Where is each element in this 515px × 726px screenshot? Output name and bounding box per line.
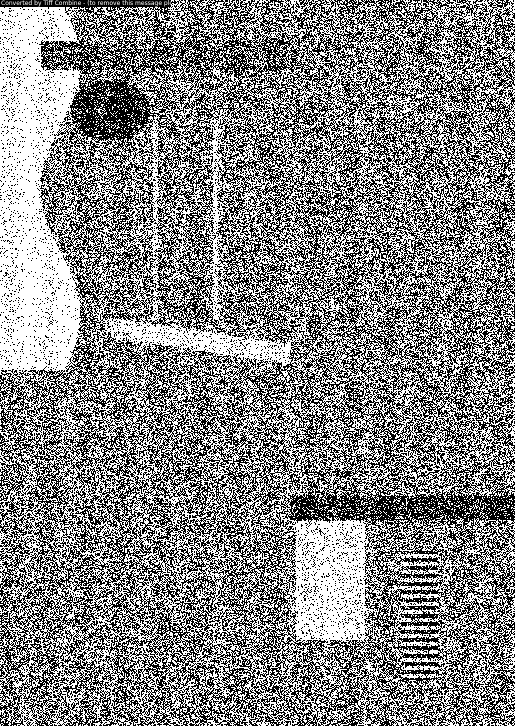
dithered-photo: [0, 0, 515, 726]
watermark-banner: Converted by Tiff Combine - (to remove t…: [0, 0, 171, 7]
